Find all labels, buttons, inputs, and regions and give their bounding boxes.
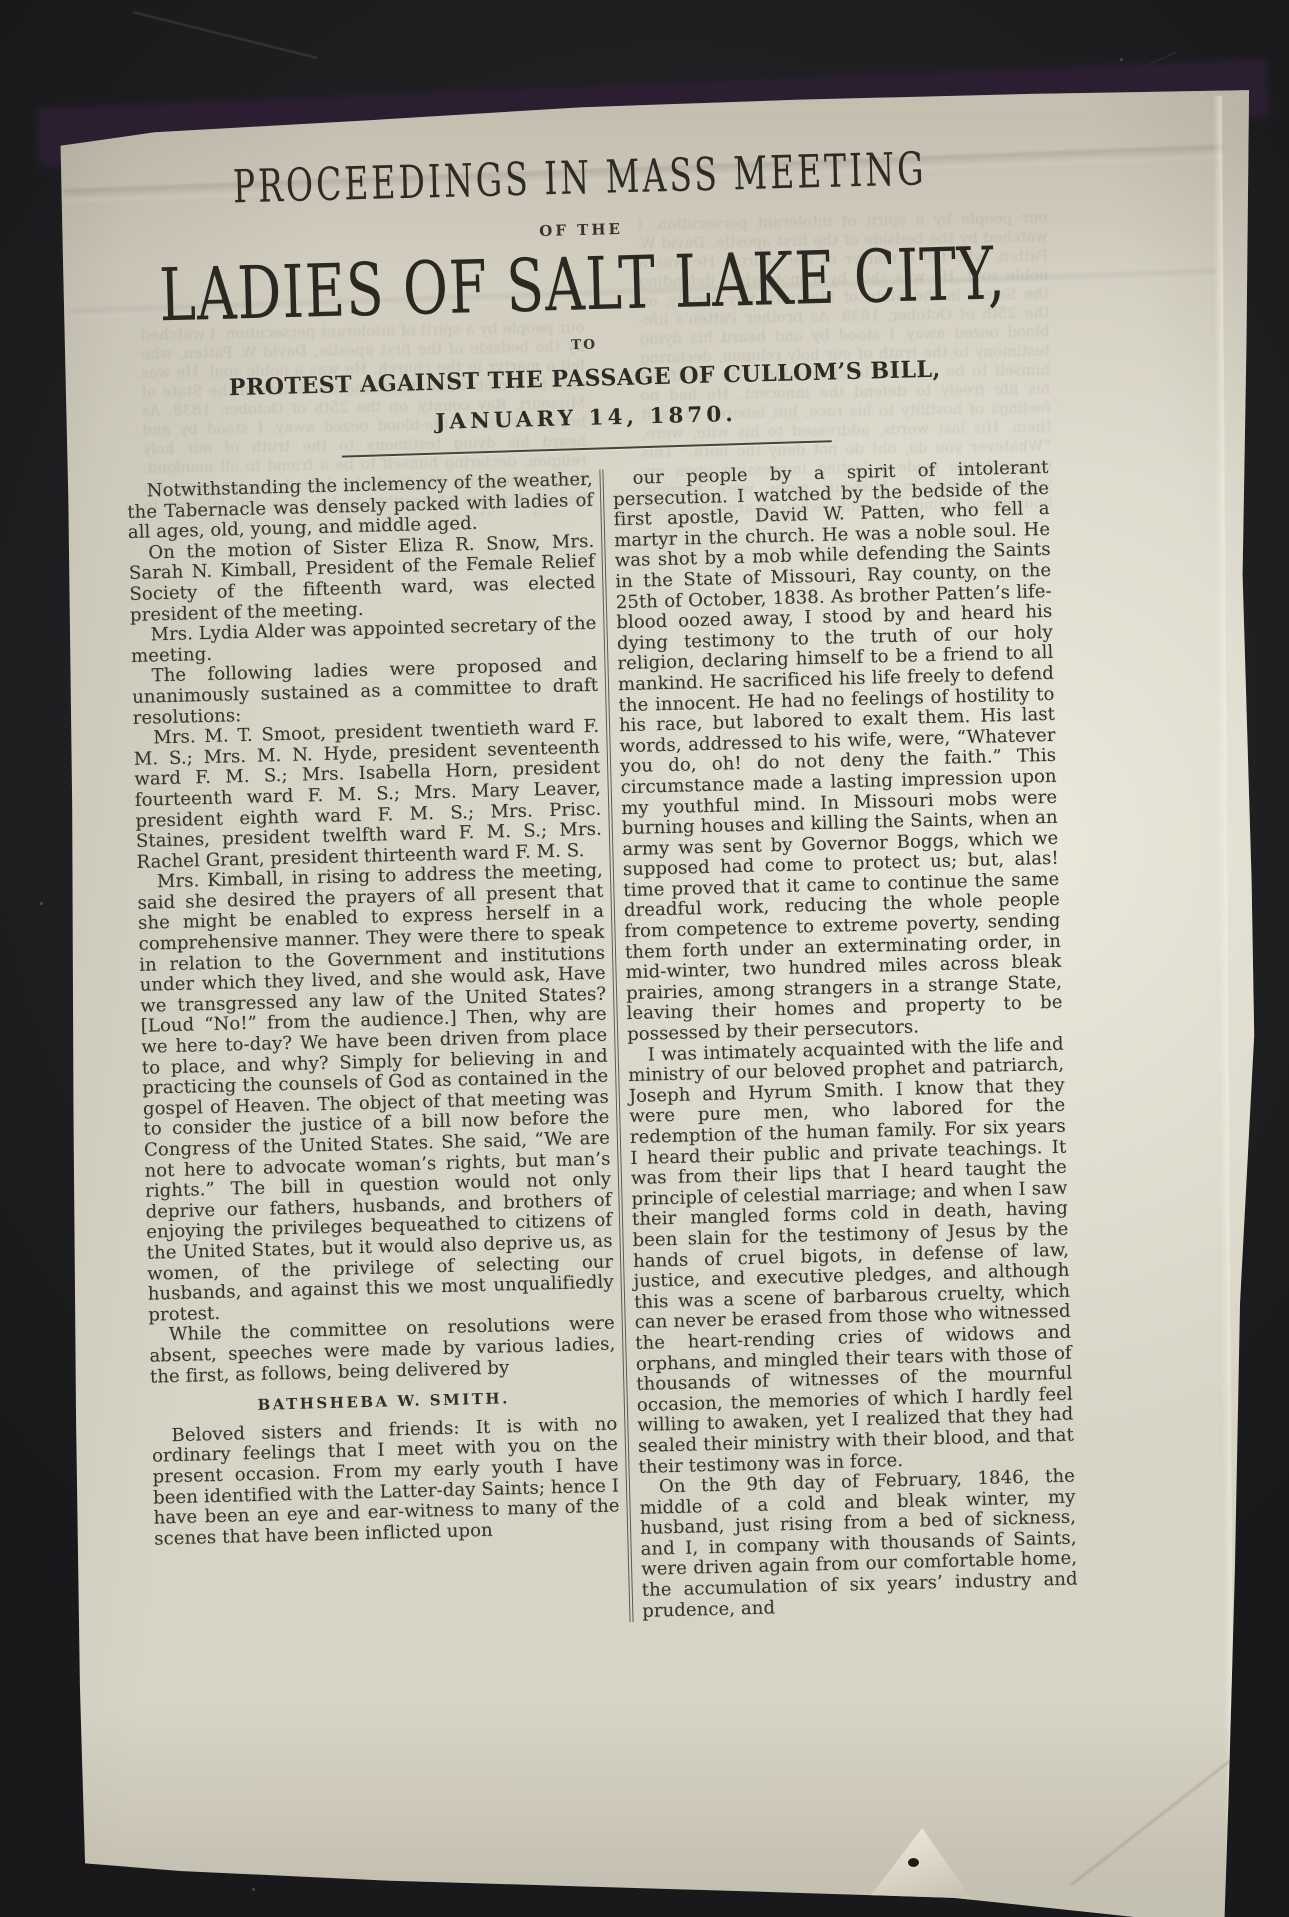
bottom-right-fold bbox=[852, 1828, 987, 1917]
paragraph: Beloved sisters and friends: It is with … bbox=[151, 1414, 620, 1550]
dust-speck bbox=[1120, 58, 1123, 61]
paper-hole bbox=[908, 1858, 919, 1867]
dust-speck bbox=[40, 902, 43, 905]
paragraph: Mrs. Kimball, in rising to address the m… bbox=[137, 861, 615, 1326]
paper-edge-highlight bbox=[1213, 96, 1235, 1898]
paragraph: On the 9th day of February, 1846, the mi… bbox=[639, 1467, 1079, 1623]
pamphlet-paper: our people by a spirit of intolerant per… bbox=[0, 0, 1289, 1917]
paragraph: While the committee on resolutions were … bbox=[149, 1314, 616, 1388]
paragraph: Mrs. M. T. Smoot, president twentieth wa… bbox=[133, 717, 603, 873]
paragraph: our people by a spirit of intolerant per… bbox=[612, 458, 1063, 1046]
masthead-line-1: PROCEEDINGS IN MASS MEETING bbox=[118, 138, 1041, 209]
speaker-heading: BATHSHEBA W. SMITH. bbox=[151, 1386, 617, 1419]
printed-page: PROCEEDINGS IN MASS MEETING OF THE LADIE… bbox=[118, 138, 1078, 1635]
horizontal-rule bbox=[342, 440, 832, 457]
masthead-title: LADIES OF SALT LAKE CITY, bbox=[121, 237, 1045, 335]
paragraph: On the motion of Sister Eliza R. Snow, M… bbox=[128, 532, 596, 627]
corner-crease bbox=[1070, 1706, 1289, 1886]
scratch-mark bbox=[133, 11, 318, 59]
photo-background: our people by a spirit of intolerant per… bbox=[0, 0, 1289, 1917]
text-columns: Notwithstanding the inclemency of the we… bbox=[127, 458, 1079, 1635]
dust-speck bbox=[252, 1888, 255, 1891]
paragraph: I was intimately acquainted with the lif… bbox=[627, 1034, 1074, 1478]
paper-crease-vertical bbox=[0, 0, 15, 1764]
left-column: Notwithstanding the inclemency of the we… bbox=[127, 470, 623, 1635]
right-column: our people by a spirit of intolerant per… bbox=[612, 458, 1078, 1622]
